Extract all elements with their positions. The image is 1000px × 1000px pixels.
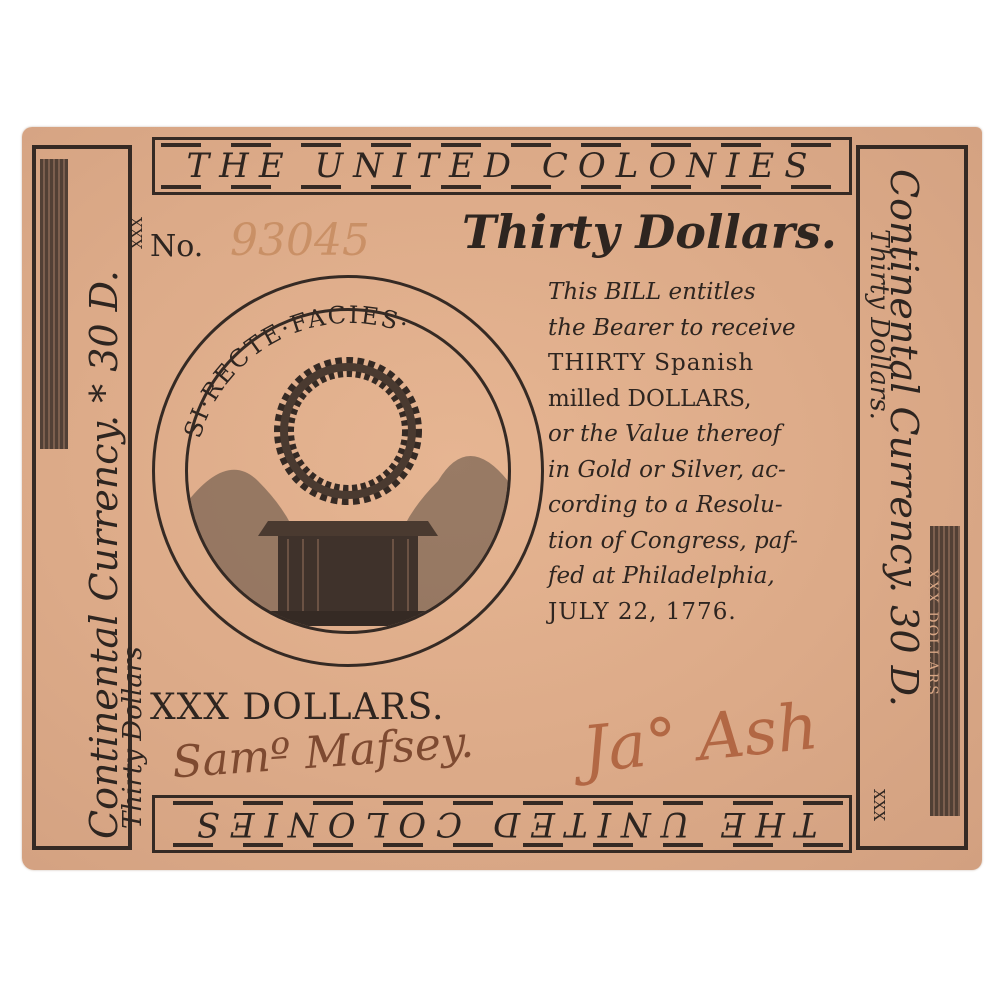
top-banner: THE UNITED COLONIES	[152, 137, 852, 195]
wreath-altar-icon	[188, 311, 508, 631]
serial-number: 93045	[230, 215, 370, 266]
seal-vignette	[185, 308, 511, 634]
left-panel-script-2: Thirty Dollars	[118, 646, 148, 829]
bill-line: fed at Philadelphia,	[548, 559, 858, 595]
top-banner-text: THE UNITED COLONIES	[187, 146, 818, 186]
left-border-panel: Continental Currency. * 30 D. Thirty Dol…	[32, 145, 132, 850]
right-border-panel: XXX DOLLARS Continental Currency. 30 D. …	[856, 145, 968, 850]
bill-date: JULY 22, 1776.	[548, 595, 858, 631]
left-panel-roman: XXX	[128, 217, 146, 249]
left-ornamental-bar	[40, 159, 68, 449]
bill-line: tion of Congress, paf-	[548, 524, 858, 560]
bottom-banner-inverted: THE UNITED COLONIES	[152, 795, 852, 853]
right-panel-script-2: Thirty Dollars.	[864, 229, 894, 420]
bill-line: in Gold or Silver, ac-	[548, 453, 858, 489]
seal: SI·RECTE·FACIES·	[152, 275, 544, 667]
signature-2: Ja° Ash	[579, 690, 822, 788]
bill-text: This BILL entitles the Bearer to receive…	[548, 275, 858, 630]
bill-line: the Bearer to receive	[548, 311, 858, 347]
right-bar-text: XXX DOLLARS	[924, 569, 940, 697]
number-label: No.	[150, 229, 203, 264]
bill-line: THIRTY Spanish	[548, 346, 858, 382]
bill-line: This BILL entitles	[548, 275, 858, 311]
right-panel-roman: XXX	[870, 789, 888, 821]
continental-currency-note: Continental Currency. * 30 D. Thirty Dol…	[22, 127, 982, 870]
denomination-title: Thirty Dollars.	[462, 205, 837, 259]
bill-line: cording to a Resolu-	[548, 488, 858, 524]
bill-line: or the Value thereof	[548, 417, 858, 453]
bottom-banner-text: THE UNITED COLONIES	[187, 804, 818, 844]
bill-line: milled DOLLARS,	[548, 382, 858, 418]
